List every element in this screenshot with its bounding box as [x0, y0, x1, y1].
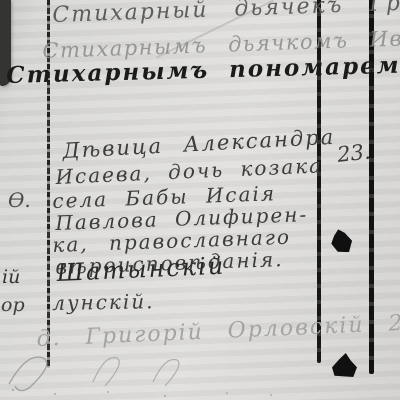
- age-value: 23.: [336, 140, 372, 167]
- clergy-line-2-fragment: ор: [1, 294, 25, 316]
- margin-note: Ѳ.: [8, 188, 31, 212]
- clergy-line-2-name: лунскій.: [52, 289, 155, 315]
- signature-line: д. Григорій Орловскій 2.: [36, 311, 400, 352]
- ink-blot-lower: [332, 353, 357, 377]
- paper-speckles: [12, 389, 14, 391]
- clergy-line-1-name: Шатынскій: [56, 252, 226, 287]
- ink-blot-upper: [329, 228, 353, 255]
- signature-flourish: [5, 348, 205, 392]
- scanned-register-page: Стихарный дьячекъ Гри. Стихарнымъ дьячко…: [0, 0, 400, 400]
- clergy-line-1-fragment: ій: [2, 266, 20, 288]
